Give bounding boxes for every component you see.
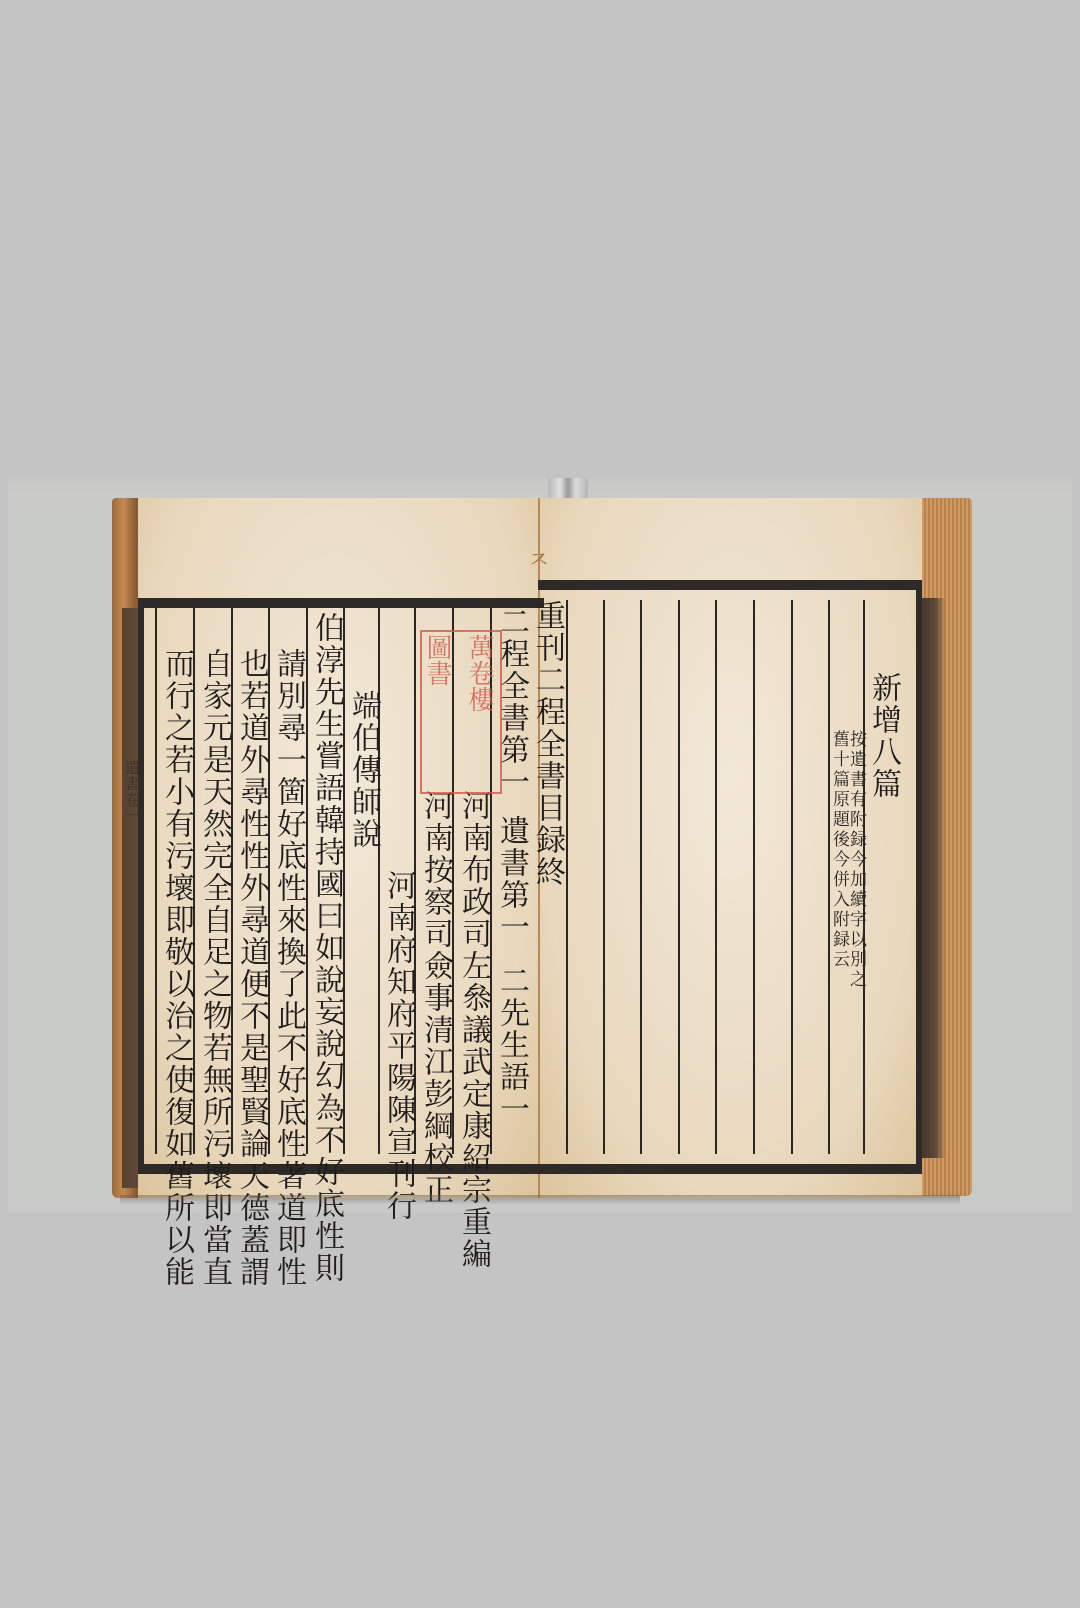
column-rule: [306, 608, 308, 1154]
note-line-1: 按遺書有附録今加續字以別之: [847, 730, 865, 990]
column-rule: [715, 600, 717, 1154]
catalog-end-title: 重刊二程全書目録終: [530, 600, 564, 888]
column-rule: [753, 600, 755, 1154]
body-column-1: 伯淳先生嘗語韓持國曰如說妄說幻為不好底性則: [309, 612, 343, 1284]
binding-thread-mark: ㅈ: [527, 540, 550, 575]
book-right-edge: [920, 498, 972, 1196]
subtitle: 二先生語一: [494, 965, 528, 1125]
column-rule: [678, 600, 680, 1154]
body-column-4: 自家元是天然完全自足之物若無所污壞即當直: [197, 648, 231, 1288]
seal-text-1: 萬卷樓: [458, 632, 500, 792]
section-heading-new-eight: 新增八篇: [866, 672, 900, 800]
spine-shadow: [548, 478, 588, 500]
body-column-2: 請別尋一箇好底性來換了此不好底性著道即性: [271, 648, 305, 1288]
section-title: 端伯傳師說: [346, 690, 380, 850]
column-rule: [155, 608, 157, 1154]
book-left-edge: [112, 498, 140, 1198]
column-rule: [640, 600, 642, 1154]
seal-text-2: 圖書: [416, 632, 458, 792]
publisher-credit: 河南府知府平陽陳宣刊行: [381, 870, 415, 1222]
column-rule: [603, 600, 605, 1154]
margin-volume-label: 遺書卷一: [122, 760, 143, 824]
background-strip: [8, 478, 1072, 500]
body-column-3: 也若道外尋性性外尋道便不是聖賢論天德蓋謂: [234, 648, 268, 1288]
body-column-5: 而行之若小有污壞即敬以治之使復如舊所以能: [159, 648, 193, 1288]
corrector-credit: 河南按察司僉事清江彭綱校正: [418, 790, 452, 1206]
chapter-title: 遺書第一: [494, 815, 528, 943]
column-rule: [791, 600, 793, 1154]
column-rule: [566, 600, 568, 1154]
note-line-2: 舊十篇原題後今併入附録云: [830, 730, 848, 970]
book-bottom-shadow: [120, 1195, 960, 1205]
red-collector-seal: 萬卷樓 圖書: [420, 630, 502, 794]
